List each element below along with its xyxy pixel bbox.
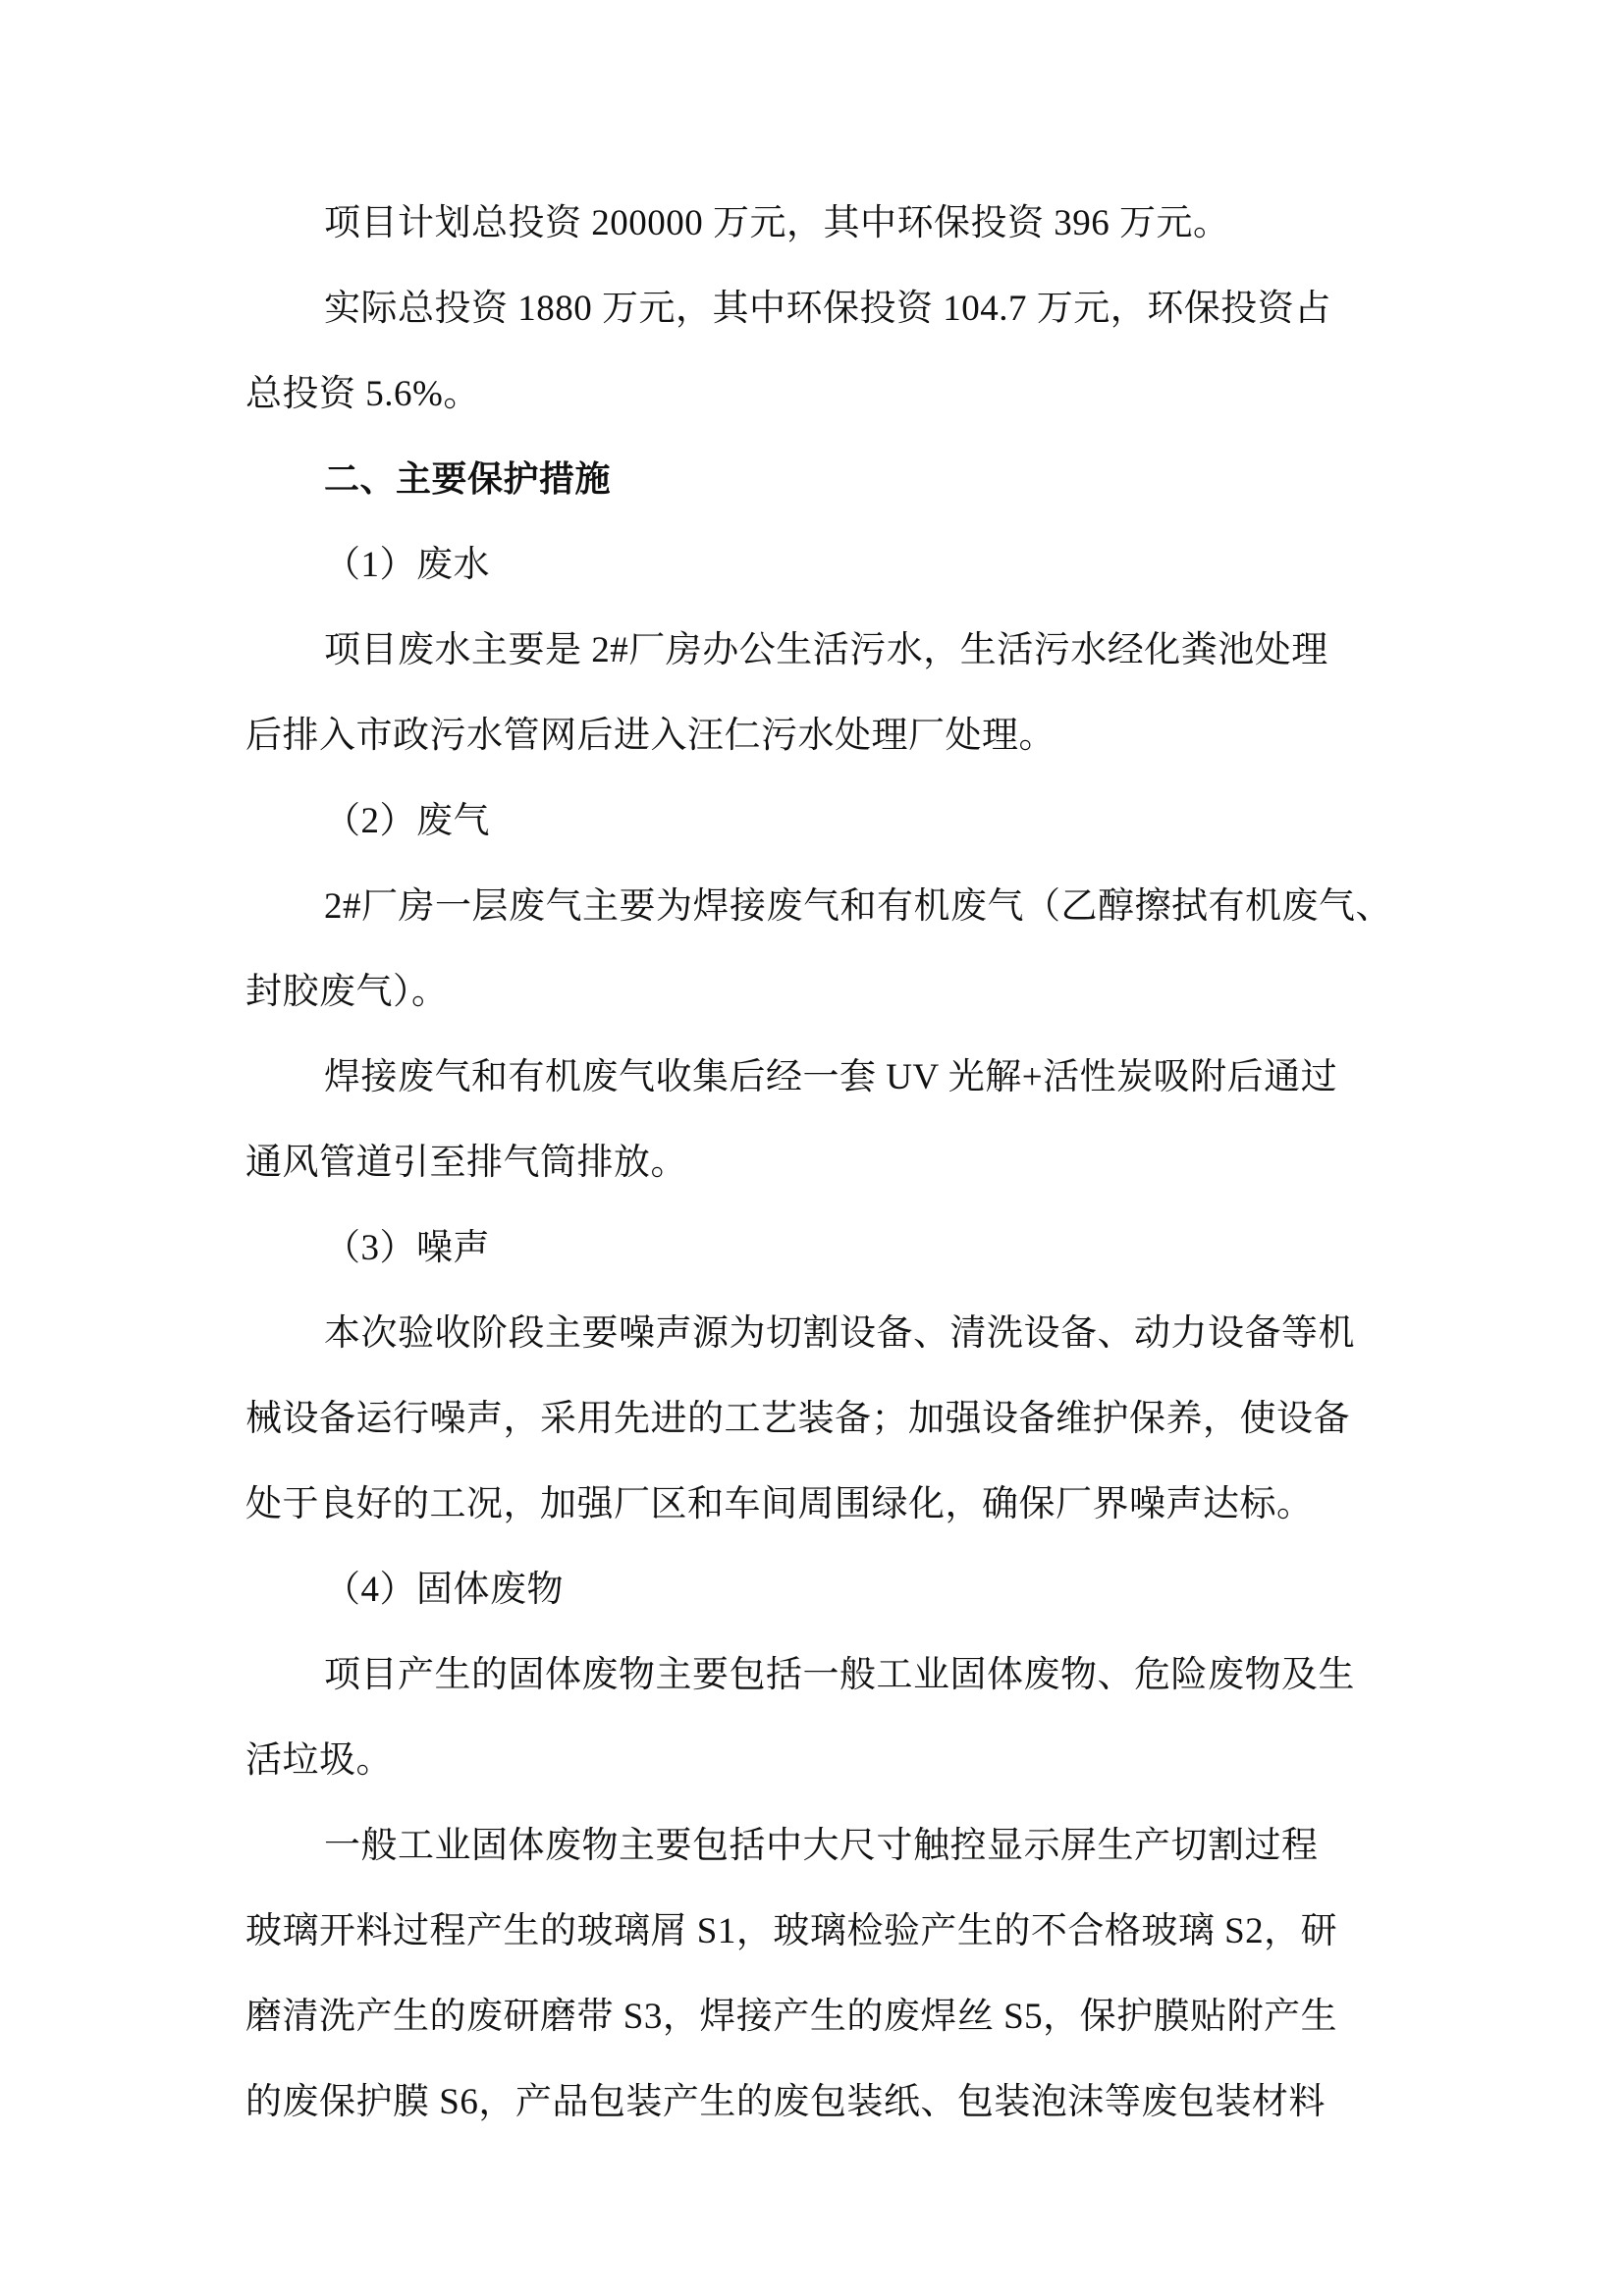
paragraph-noise-cont-2: 处于良好的工况，加强厂区和车间周围绿化，确保厂界噪声达标。	[245, 1480, 1314, 1529]
subheading-wastewater: （1）废水	[324, 541, 490, 590]
paragraph-noise: 本次验收阶段主要噪声源为切割设备、清洗设备、动力设备等机	[324, 1309, 1355, 1359]
paragraph-wastewater: 项目废水主要是 2#厂房办公生活污水，生活污水经化粪池处理	[324, 626, 1328, 675]
paragraph-actual-investment-cont: 总投资 5.6%。	[245, 370, 480, 419]
section-heading-main-measures: 二、主要保护措施	[324, 455, 611, 505]
paragraph-exhaust-treatment: 焊接废气和有机废气收集后经一套 UV 光解+活性炭吸附后通过	[324, 1053, 1337, 1102]
paragraph-investment-plan: 项目计划总投资 200000 万元，其中环保投资 396 万元。	[324, 199, 1230, 248]
subheading-exhaust-gas: （2）废气	[324, 797, 490, 846]
paragraph-solid-waste-types-cont: 活垃圾。	[245, 1736, 393, 1786]
paragraph-general-solid-waste-cont-1: 玻璃开料过程产生的玻璃屑 S1，玻璃检验产生的不合格玻璃 S2，研	[245, 1907, 1337, 1956]
paragraph-exhaust-treatment-cont: 通风管道引至排气筒排放。	[245, 1139, 687, 1188]
paragraph-exhaust-sources: 2#厂房一层废气主要为焊接废气和有机废气（乙醇擦拭有机废气、	[324, 882, 1392, 932]
paragraph-wastewater-cont: 后排入市政污水管网后进入汪仁污水处理厂处理。	[245, 712, 1056, 761]
paragraph-noise-cont-1: 械设备运行噪声，采用先进的工艺装备；加强设备维护保养，使设备	[245, 1395, 1350, 1444]
paragraph-general-solid-waste-cont-2: 磨清洗产生的废研磨带 S3，焊接产生的废焊丝 S5，保护膜贴附产生	[245, 1993, 1337, 2042]
paragraph-general-solid-waste-cont-3: 的废保护膜 S6，产品包装产生的废包装纸、包装泡沫等废包装材料	[245, 2078, 1326, 2127]
subheading-noise: （3）噪声	[324, 1224, 490, 1273]
paragraph-actual-investment: 实际总投资 1880 万元，其中环保投资 104.7 万元，环保投资占	[324, 285, 1331, 334]
paragraph-exhaust-sources-cont: 封胶废气）。	[245, 968, 449, 1017]
subheading-solid-waste: （4）固体废物	[324, 1566, 564, 1615]
paragraph-general-solid-waste: 一般工业固体废物主要包括中大尺寸触控显示屏生产切割过程	[324, 1822, 1319, 1871]
paragraph-solid-waste-types: 项目产生的固体废物主要包括一般工业固体废物、危险废物及生	[324, 1651, 1355, 1700]
